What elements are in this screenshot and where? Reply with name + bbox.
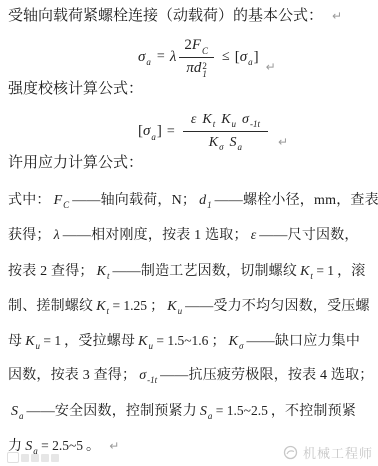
text-run: 获得； xyxy=(8,228,51,243)
strength-formula-row: 强度校核计算公式： σa = λ 2FC πd21 ≤ [σa] ↵ xyxy=(0,28,378,106)
math-sub: σ xyxy=(239,329,243,364)
text-run: 按表 2 查得； xyxy=(8,264,94,279)
text-run: ，不控制预紧 xyxy=(271,404,356,419)
math-run: λ xyxy=(54,218,60,253)
watermark: 机械工程师 xyxy=(283,443,373,462)
strength-equation: σa = λ 2FC πd21 ≤ [σa] xyxy=(138,36,259,78)
text-run: 母 xyxy=(8,334,22,349)
math-sub: u xyxy=(149,329,154,364)
math-main: λ xyxy=(54,218,60,253)
math-sub: a xyxy=(208,399,213,434)
math-main: ε xyxy=(251,218,257,253)
text-run: ——制造工艺因数，切制螺纹 xyxy=(112,264,297,279)
paragraph-line: 母Ku = 1，受拉螺母Ku = 1.5~1.6；Kσ——缺口应力集中 xyxy=(8,323,374,358)
math-run: ε xyxy=(251,218,257,253)
return-mark-icon: ↵ xyxy=(266,60,276,74)
fraction: εKtKuσ-1t KσSa xyxy=(183,110,268,153)
math-eq: = 1 xyxy=(40,323,61,358)
math-sub: t xyxy=(213,115,216,134)
math-main: K xyxy=(96,289,105,324)
math-run: Kt xyxy=(202,110,215,130)
allowable-equation: [σa] = εKtKuσ-1t KσSa xyxy=(138,110,271,153)
text-run: ——螺栓小径，mm，查表 xyxy=(215,193,378,208)
text-run: 制、搓制螺纹 xyxy=(8,299,93,314)
math-main: S xyxy=(230,133,237,152)
math-sub: -1t xyxy=(147,363,157,398)
math-sub: C xyxy=(63,188,69,223)
document-title: 受轴向载荷紧螺栓连接（动载荷）的基本公式：↵ xyxy=(8,6,342,26)
math-sub: u xyxy=(178,294,183,329)
math-main: σ xyxy=(139,358,146,393)
return-mark-icon: ↵ xyxy=(278,135,288,149)
sigma-symbol: σ xyxy=(143,123,150,140)
math-run: Ku xyxy=(221,110,236,130)
math-sub: t xyxy=(310,259,313,294)
math-main: K xyxy=(202,110,211,129)
math-run: Kt = 1 xyxy=(300,253,334,290)
paragraph-line: Sa——安全因数，控制预紧力Sa = 1.5~2.5，不控制预紧 xyxy=(8,393,374,428)
text-run: ； xyxy=(211,334,225,349)
paragraph-line: 因数，按表 3 查得；σ-1t——抗压疲劳极限，按表 4 选取； xyxy=(8,358,374,393)
math-eq: = 1.25 xyxy=(109,288,147,323)
math-main: ε xyxy=(191,110,197,129)
text-run: ——缺口应力集中 xyxy=(246,334,360,349)
text-run: 式中： xyxy=(8,193,51,208)
math-main: K xyxy=(221,110,230,129)
math-run: Kt = 1.25 xyxy=(96,288,147,325)
title-text: 受轴向载荷紧螺栓连接（动载荷）的基本公式： xyxy=(8,8,323,24)
faint-watermark-logo-icon xyxy=(7,452,19,463)
allowable-formula-row: 许用应力计算公式： [σa] = εKtKuσ-1t KσSa ↵ xyxy=(0,106,378,180)
math-sub: t xyxy=(107,259,110,294)
text-run: ，受拉螺母 xyxy=(64,334,135,349)
allowable-denominator: KσSa xyxy=(183,132,268,153)
math-run: σ-1t xyxy=(139,358,157,394)
allowable-numerator: εKtKuσ-1t xyxy=(183,110,268,132)
text-run: ——安全因数，控制预紧力 xyxy=(27,404,197,419)
math-main: K xyxy=(229,324,238,359)
paragraph-line: 获得；λ——相对刚度，按表 1 选取；ε——尺寸因数， xyxy=(8,218,374,253)
fraction: 2FC πd21 xyxy=(179,36,214,78)
math-run: Kt xyxy=(97,254,110,290)
lambda-symbol: λ xyxy=(170,49,177,66)
text-run: 因数，按表 3 查得； xyxy=(8,368,136,383)
math-run: σ-1t xyxy=(242,110,260,130)
math-sub: u xyxy=(232,115,237,134)
math-run: FC xyxy=(54,183,70,219)
math-main: F xyxy=(54,183,63,218)
math-run: Ku = 1 xyxy=(25,323,61,360)
math-sub: 1 xyxy=(207,188,212,223)
math-run: Kσ xyxy=(229,324,244,360)
math-main: d xyxy=(199,183,206,218)
math-run: Kσ xyxy=(209,133,224,153)
math-run: ε xyxy=(191,110,197,129)
sigma-symbol: σ xyxy=(138,49,145,66)
math-sub: a xyxy=(19,399,24,434)
paragraph-line: 按表 2 查得；Kt——制造工艺因数，切制螺纹Kt = 1，滚 xyxy=(8,253,374,288)
math-run: Sa xyxy=(11,394,24,430)
faint-watermark xyxy=(7,452,59,463)
paragraph: 式中：FC——轴向载荷，N；d1——螺栓小径，mm，查表获得；λ——相对刚度，按… xyxy=(8,183,374,463)
text-run: ，滚 xyxy=(337,264,365,279)
paragraph-line: 式中：FC——轴向载荷，N；d1——螺栓小径，mm，查表 xyxy=(8,183,374,218)
allowable-formula: [σa] = εKtKuσ-1t KσSa ↵ xyxy=(138,110,288,153)
math-main: K xyxy=(97,254,106,289)
return-mark-icon: ↵ xyxy=(109,439,119,453)
math-main: K xyxy=(167,289,176,324)
math-main: K xyxy=(209,133,218,152)
text-run: ——轴向载荷，N； xyxy=(72,193,196,208)
math-run: Ku = 1.5~1.6 xyxy=(138,323,208,360)
math-main: K xyxy=(300,254,309,289)
math-eq: = 1 xyxy=(313,253,334,288)
math-main: K xyxy=(25,324,34,359)
math-run: Sa = 1.5~2.5 xyxy=(200,393,268,430)
math-main: S xyxy=(11,394,18,429)
math-sub: u xyxy=(36,329,41,364)
text-run: ——受力不均匀因数，受压螺 xyxy=(185,299,370,314)
math-run: d1 xyxy=(199,183,212,219)
watermark-text: 机械工程师 xyxy=(303,443,373,462)
document-page: 受轴向载荷紧螺栓连接（动载荷）的基本公式：↵ 强度校核计算公式： σa = λ … xyxy=(0,0,378,466)
math-sub: a xyxy=(238,138,243,157)
return-mark-icon: ↵ xyxy=(332,9,342,23)
strength-formula: σa = λ 2FC πd21 ≤ [σa] ↵ xyxy=(138,36,276,78)
math-run: Sa xyxy=(230,133,243,153)
math-run: Ku xyxy=(167,289,182,325)
text-run: ——相对刚度，按表 1 选取； xyxy=(63,228,248,243)
math-sub: -1t xyxy=(250,115,260,134)
text-run: ； xyxy=(150,299,164,314)
gear-logo-icon xyxy=(283,445,298,460)
math-sub: σ xyxy=(219,138,223,157)
paragraph-line: 制、搓制螺纹Kt = 1.25；Ku——受力不均匀因数，受压螺 xyxy=(8,288,374,323)
allowable-formula-label: 许用应力计算公式： xyxy=(8,151,143,172)
math-eq: = 1.5~2.5 xyxy=(212,393,267,428)
math-main: K xyxy=(138,324,147,359)
leq-symbol: ≤ xyxy=(222,49,230,65)
math-sub: t xyxy=(107,294,110,329)
text-run: 。 xyxy=(86,439,100,454)
strength-formula-label: 强度校核计算公式： xyxy=(8,77,143,98)
math-main: S xyxy=(200,394,207,429)
math-main: σ xyxy=(242,110,249,129)
text-run: ——抗压疲劳极限，按表 4 选取； xyxy=(160,368,373,383)
text-run: ——尺寸因数， xyxy=(259,228,358,243)
